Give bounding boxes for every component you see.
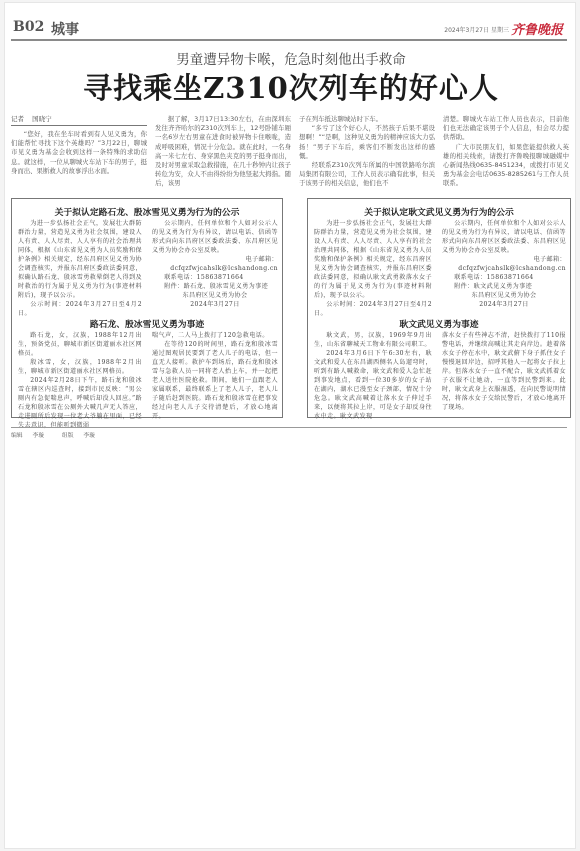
- byline: 记者 国晓宁: [11, 114, 147, 126]
- issue-date: 2024年3月27日: [444, 25, 489, 34]
- story-title: 耿文武见义勇为事迹: [308, 317, 570, 330]
- phone-label: 联系电话：: [454, 274, 486, 281]
- notice-date: 2024年3月27日: [152, 300, 278, 309]
- article-column-4: 清楚。聊城火车站工作人员也表示，目前他们也无法确定该男子个人信息，但会尽力提供帮…: [443, 115, 569, 189]
- paragraph: 在等待120的时间里，路石龙和殷冰雪通过图观居民要到了老人儿子的电话，但一直无人…: [152, 340, 278, 421]
- notice-box-lu-yin: 关于拟认定路石龙、殷冰雪见义勇为行为的公示 为进一步弘扬社会正气，发展壮大群防群…: [11, 198, 283, 418]
- newspaper-logo: 齐鲁晚报: [511, 19, 563, 38]
- paragraph: 经联系Z310次列车所属的中国铁路哈尔滨局集团有限公司，工作人员表示确有此事，但…: [299, 161, 435, 189]
- editor-label: 编辑: [11, 433, 23, 439]
- paragraph: 据了解，3月17日13:30左右，在由深圳东发往齐齐哈尔的Z310次列车上，12…: [155, 115, 291, 189]
- email-value[interactable]: dcfqzfwjcahslk@lcshandong.cn: [170, 265, 278, 272]
- notice-date: 2024年3月27日: [442, 300, 566, 309]
- notice-title: 关于拟认定耿文武见义勇为行为的公示: [308, 205, 570, 218]
- paragraph: 2024年3月6日下午6:30左右，耿文武和爱人在东昌湖西侧名人岛遛弯时，听到有…: [314, 349, 432, 421]
- notice-email: 电子邮箱：dcfqzfwjcahslk@lcshandong.cn: [442, 255, 566, 273]
- story-title: 路石龙、殷冰雪见义勇为事迹: [12, 317, 282, 330]
- email-label: 电子邮箱：: [534, 256, 566, 263]
- phone-label: 联系电话：: [164, 274, 196, 281]
- paragraph: 广大市民朋友们，如果您能提供救人英雄的相关线索，请拨打齐鲁晚报聊城融媒中心新闻热…: [443, 143, 569, 189]
- paragraph: 喘气声，二人马上拨打了120急救电话。: [152, 331, 278, 340]
- story-right-column: 喘气声，二人马上拨打了120急救电话。 在等待120的时间里，路石龙和殷冰雪通过…: [152, 331, 278, 421]
- phone-value: 15863871664: [487, 274, 534, 281]
- story-left-column: 路石龙，女，汉族，1988年12月出生，预备党员，聊城市新区街道丽水社区网格员。…: [18, 331, 142, 430]
- article-column-1: “您好，我在坐车时看到有人见义勇为，你们能帮忙寻找下这个英雄吗？”3月22日，聊…: [11, 130, 147, 176]
- notice-left-column: 为进一步弘扬社会正气，发展壮大群防群治力量，营造见义勇为社会氛围，建设人人有责、…: [18, 219, 142, 318]
- paragraph: “多亏了这个好心人，不然孩子后果不堪设想啊！”“是啊，这种见义勇为的精神应该大力…: [299, 124, 435, 161]
- paragraph: 耿文武，男，汉族，1969年9月出生，山东省聊城天工物业有限公司职工。: [314, 331, 432, 349]
- notice-period: 公示时间：2024年3月27日至4月2日。: [314, 300, 432, 318]
- notice-objection-text: 公示期内，任何单位和个人如对公示人的见义勇为行为有异议，请以电话、信函等形式向向…: [442, 219, 566, 255]
- section-name: 城事: [51, 19, 79, 39]
- paragraph: 子在列车抵达聊城站时下车。: [299, 115, 435, 124]
- phone-value: 15863871664: [197, 274, 244, 281]
- notice-attachment: 附件：耿文武见义勇为事迹: [442, 282, 566, 291]
- paragraph: 殷冰雪，女，汉族，1988年2月出生，聊城市新区街道丽水社区网格员。: [18, 358, 142, 376]
- notice-email: 电子邮箱：dcfqzfwjcahslk@lcshandong.cn: [152, 255, 278, 273]
- issue-weekday: 星期三: [491, 25, 509, 34]
- byline-name: 国晓宁: [32, 115, 52, 123]
- article-column-3: 子在列车抵达聊城站时下车。 “多亏了这个好心人，不然孩子后果不堪设想啊！”“是啊…: [299, 115, 435, 189]
- notice-title: 关于拟认定路石龙、殷冰雪见义勇为行为的公示: [12, 205, 282, 218]
- masthead: B02 城事 2024年3月27日 星期三 齐鲁晚报: [11, 17, 567, 41]
- notice-left-column: 为进一步弘扬社会正气，发展壮大群防群治力量，营造见义勇为社会氛围，建设人人有责、…: [314, 219, 432, 318]
- notice-body: 为进一步弘扬社会正气，发展壮大群防群治力量，营造见义勇为社会氛围，建设人人有责、…: [314, 219, 432, 300]
- newspaper-page: B02 城事 2024年3月27日 星期三 齐鲁晚报 男童遭异物卡喉，危急时刻他…: [4, 2, 576, 849]
- email-value[interactable]: dcfqzfwjcahslk@lcshandong.cn: [458, 265, 566, 272]
- section-code: B02: [13, 19, 44, 35]
- notice-org: 东昌府区见义勇为协会: [442, 291, 566, 300]
- article-subheadline: 男童遭异物卡喉，危急时刻他出手救命: [5, 48, 577, 68]
- editor-credit: 编辑 李璇: [11, 433, 52, 439]
- footer-divider: [11, 427, 567, 428]
- paragraph: 路石龙，女，汉族，1988年12月出生，预备党员，聊城市新区街道丽水社区网格员。: [18, 331, 142, 358]
- paragraph: 落水女子有些神志不清，赶快拨打了110报警电话，并继续高喊让其走向岸边。趁着落水…: [442, 331, 566, 412]
- story-left-column: 耿文武，男，汉族，1969年9月出生，山东省聊城天工物业有限公司职工。 2024…: [314, 331, 432, 421]
- layout-name: 李璇: [83, 433, 95, 439]
- notice-right-column: 公示期内，任何单位和个人如对公示人的见义勇为行为有异议，请以电话、信函等形式向向…: [442, 219, 566, 309]
- paragraph: 清楚。聊城火车站工作人员也表示，目前他们也无法确定该男子个人信息，但会尽力提供帮…: [443, 115, 569, 143]
- layout-label: 组版: [62, 433, 74, 439]
- layout-credit: 组版 李璇: [62, 433, 103, 439]
- byline-label: 记者: [11, 115, 24, 123]
- notice-right-column: 公示期内，任何单位和个人如对公示人的见义勇为行为有异议，请以电话、信函等形式向向…: [152, 219, 278, 309]
- email-label: 电子邮箱：: [246, 256, 278, 263]
- notice-body: 为进一步弘扬社会正气，发展壮大群防群治力量，营造见义勇为社会氛围，建设人人有责、…: [18, 219, 142, 300]
- notice-period: 公示时间：2024年3月27日至4月2日。: [18, 300, 142, 318]
- article-column-2: 据了解，3月17日13:30左右，在由深圳东发往齐齐哈尔的Z310次列车上，12…: [155, 115, 291, 189]
- notice-attachment: 附件：路石龙、殷冰雪见义勇为事迹: [152, 282, 278, 291]
- notice-org: 东昌府区见义勇为协会: [152, 291, 278, 300]
- notice-phone: 联系电话：15863871664: [152, 273, 278, 282]
- notice-box-geng: 关于拟认定耿文武见义勇为行为的公示 为进一步弘扬社会正气，发展壮大群防群治力量，…: [307, 198, 571, 418]
- article-headline: 寻找乘坐Z310次列车的好心人: [5, 66, 577, 107]
- story-right-column: 落水女子有些神志不清，赶快拨打了110报警电话，并继续高喊让其走向岸边。趁着落水…: [442, 331, 566, 412]
- paragraph: 2024年2月28日下午，路石龙和殷冰雪在辖区内巡查时，接到市民反映：“男公厕内…: [18, 376, 142, 430]
- notice-objection-text: 公示期内，任何单位和个人如对公示人的见义勇为行为有异议，请以电话、信函等形式向向…: [152, 219, 278, 255]
- paragraph: “您好，我在坐车时看到有人见义勇为，你们能帮忙寻找下这个英雄吗？”3月22日，聊…: [11, 130, 147, 176]
- notice-phone: 联系电话：15863871664: [442, 273, 566, 282]
- editor-name: 李璇: [32, 433, 44, 439]
- credits: 编辑 李璇 组版 李璇: [11, 430, 111, 439]
